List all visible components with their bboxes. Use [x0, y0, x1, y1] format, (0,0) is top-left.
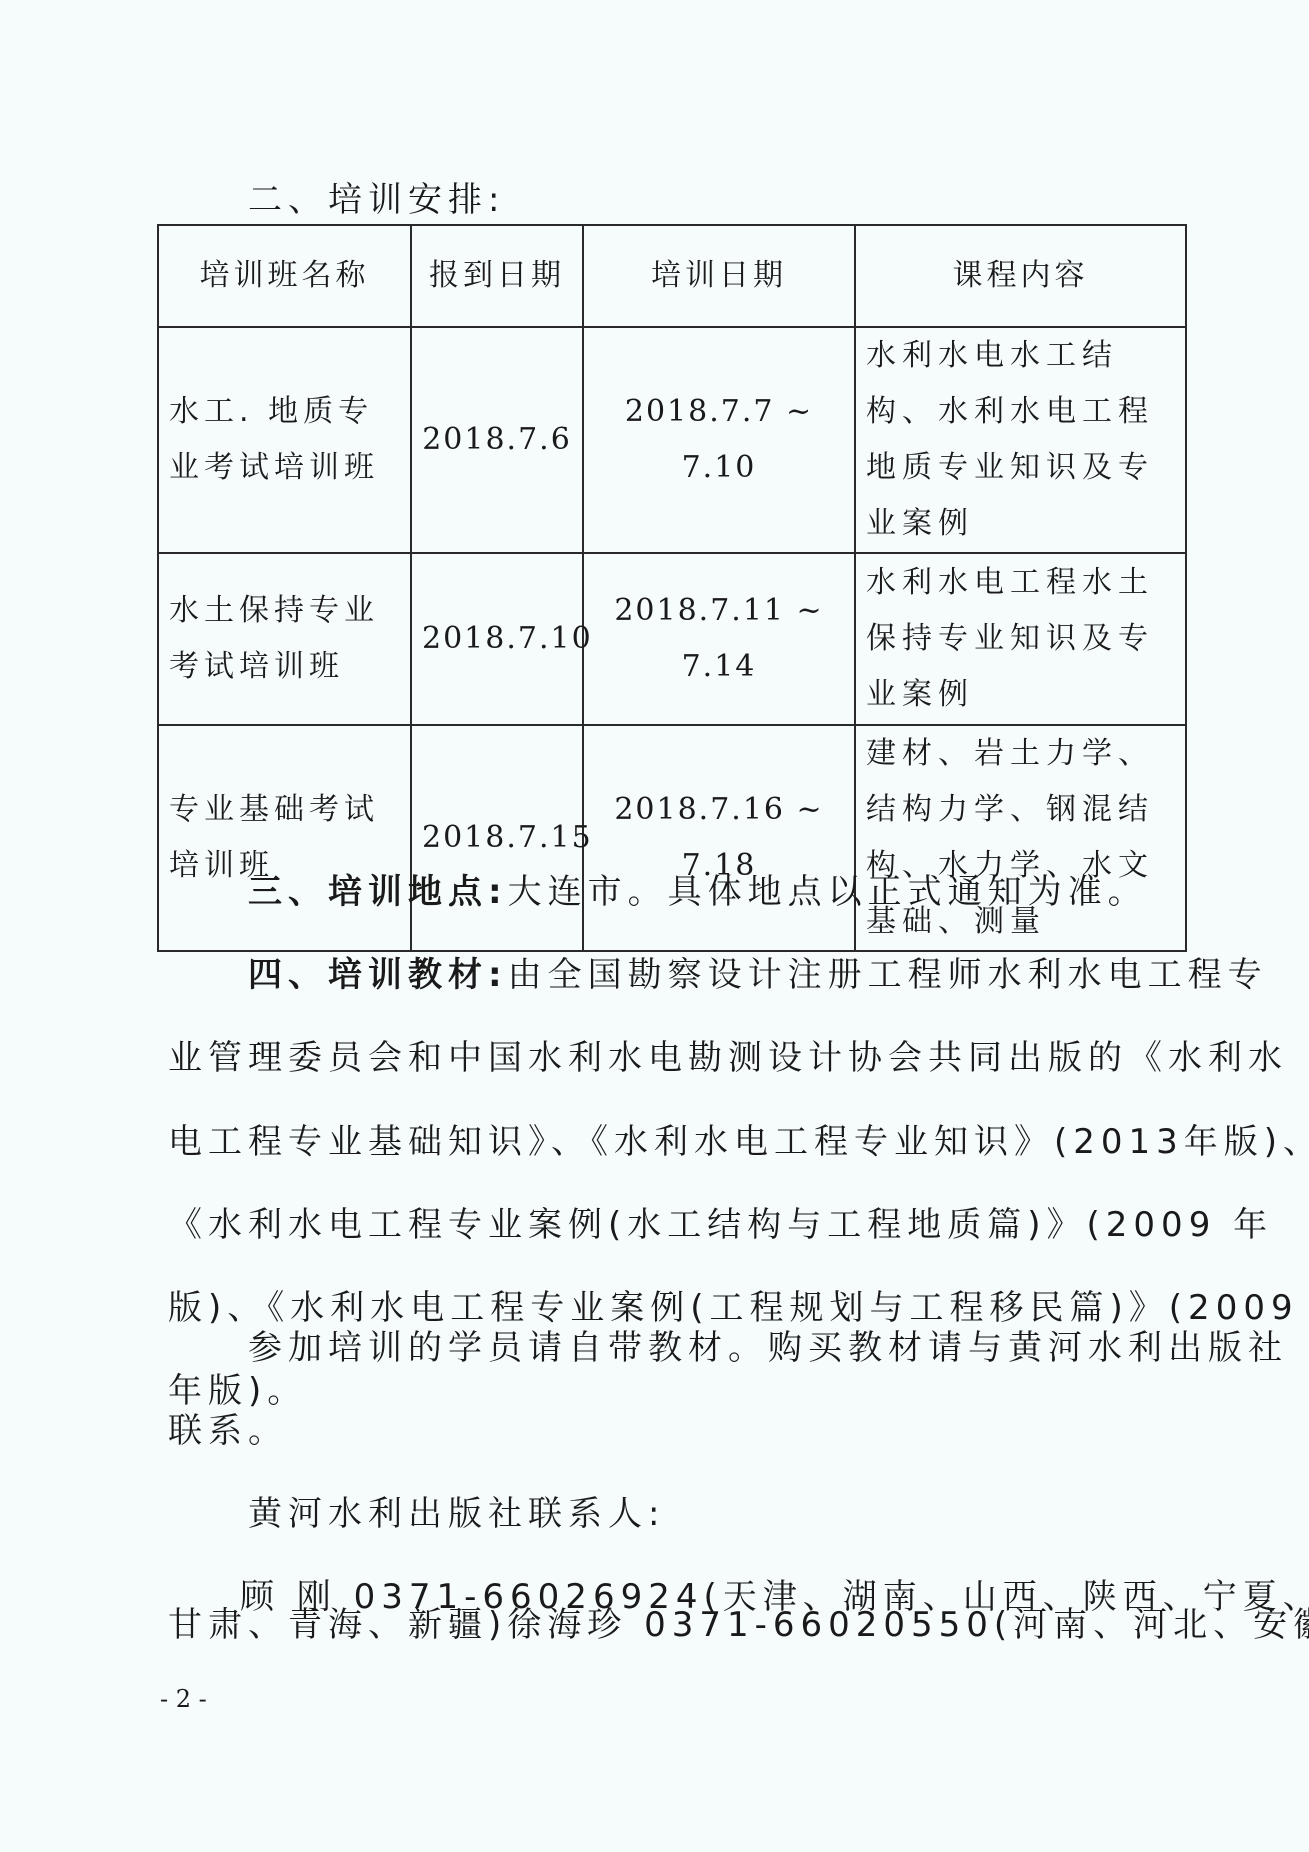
- materials-note-line: 参加培训的学员请自带教材。购买教材请与黄河水利出版社: [248, 1328, 1288, 1368]
- page-number: - 2 -: [160, 1685, 207, 1713]
- course-content-cell: 水利水电水工结构、水利水电工程地质专业知识及专业案例: [855, 327, 1186, 553]
- section-4-line: 版)、《水利水电工程专业案例(工程规划与工程移民篇)》(2009: [168, 1288, 1299, 1328]
- course-content-cell: 水利水电工程水土保持专业知识及专业案例: [855, 553, 1186, 725]
- table-row: 水土保持专业考试培训班 2018.7.10 2018.7.11 ~ 7.14 水…: [158, 553, 1186, 725]
- column-header-course-content: 课程内容: [855, 225, 1186, 327]
- section-3-label: 三、培训地点:: [248, 872, 508, 912]
- column-header-class-name: 培训班名称: [158, 225, 411, 327]
- course-content-cell: 建材、岩土力学、结构力学、钢混结构、水力学、水文基础、测量: [855, 725, 1186, 951]
- section-4-label: 四、培训教材:: [248, 955, 508, 995]
- class-name-cell: 水土保持专业考试培训班: [158, 553, 411, 725]
- column-header-register-date: 报到日期: [411, 225, 583, 327]
- register-date-cell: 2018.7.15: [411, 725, 583, 951]
- table-header-row: 培训班名称 报到日期 培训日期 课程内容: [158, 225, 1186, 327]
- section-4-line: 电工程专业基础知识》、《水利水电工程专业知识》(2013年版)、: [168, 1122, 1309, 1162]
- class-name-cell: 专业基础考试培训班: [158, 725, 411, 951]
- contact-line: 甘肃、青海、新疆)徐海珍 0371-66020550(河南、河北、安徽): [168, 1605, 1309, 1645]
- section-4-line: 《水利水电工程专业案例(水工结构与工程地质篇)》(2009 年: [168, 1205, 1273, 1245]
- section-3-paragraph: 三、培训地点:大连市。具体地点以正式通知为准。: [248, 872, 1148, 912]
- section-3-text: 大连市。具体地点以正式通知为准。: [508, 872, 1148, 912]
- table-row: 水工. 地质专业考试培训班 2018.7.6 2018.7.7 ~ 7.10 水…: [158, 327, 1186, 553]
- training-date-cell: 2018.7.7 ~ 7.10: [583, 327, 855, 553]
- section-4-text: 由全国勘察设计注册工程师水利水电工程专: [508, 955, 1268, 995]
- section-4-line: 业管理委员会和中国水利水电勘测设计协会共同出版的《水利水: [168, 1038, 1288, 1078]
- register-date-cell: 2018.7.6: [411, 327, 583, 553]
- table-row: 专业基础考试培训班 2018.7.15 2018.7.16 ~ 7.18 建材、…: [158, 725, 1186, 951]
- materials-note-line: 联系。: [168, 1411, 288, 1451]
- column-header-training-date: 培训日期: [583, 225, 855, 327]
- training-schedule-table: 培训班名称 报到日期 培训日期 课程内容 水工. 地质专业考试培训班 2018.…: [157, 224, 1187, 952]
- training-date-cell: 2018.7.11 ~ 7.14: [583, 553, 855, 725]
- section-2-heading: 二、培训安排:: [248, 180, 505, 220]
- training-date-cell: 2018.7.16 ~ 7.18: [583, 725, 855, 951]
- section-4-line: 四、培训教材:由全国勘察设计注册工程师水利水电工程专: [248, 955, 1268, 995]
- register-date-cell: 2018.7.10: [411, 553, 583, 725]
- contacts-title: 黄河水利出版社联系人:: [248, 1494, 665, 1534]
- section-4-line: 年版)。: [168, 1371, 307, 1411]
- class-name-cell: 水工. 地质专业考试培训班: [158, 327, 411, 553]
